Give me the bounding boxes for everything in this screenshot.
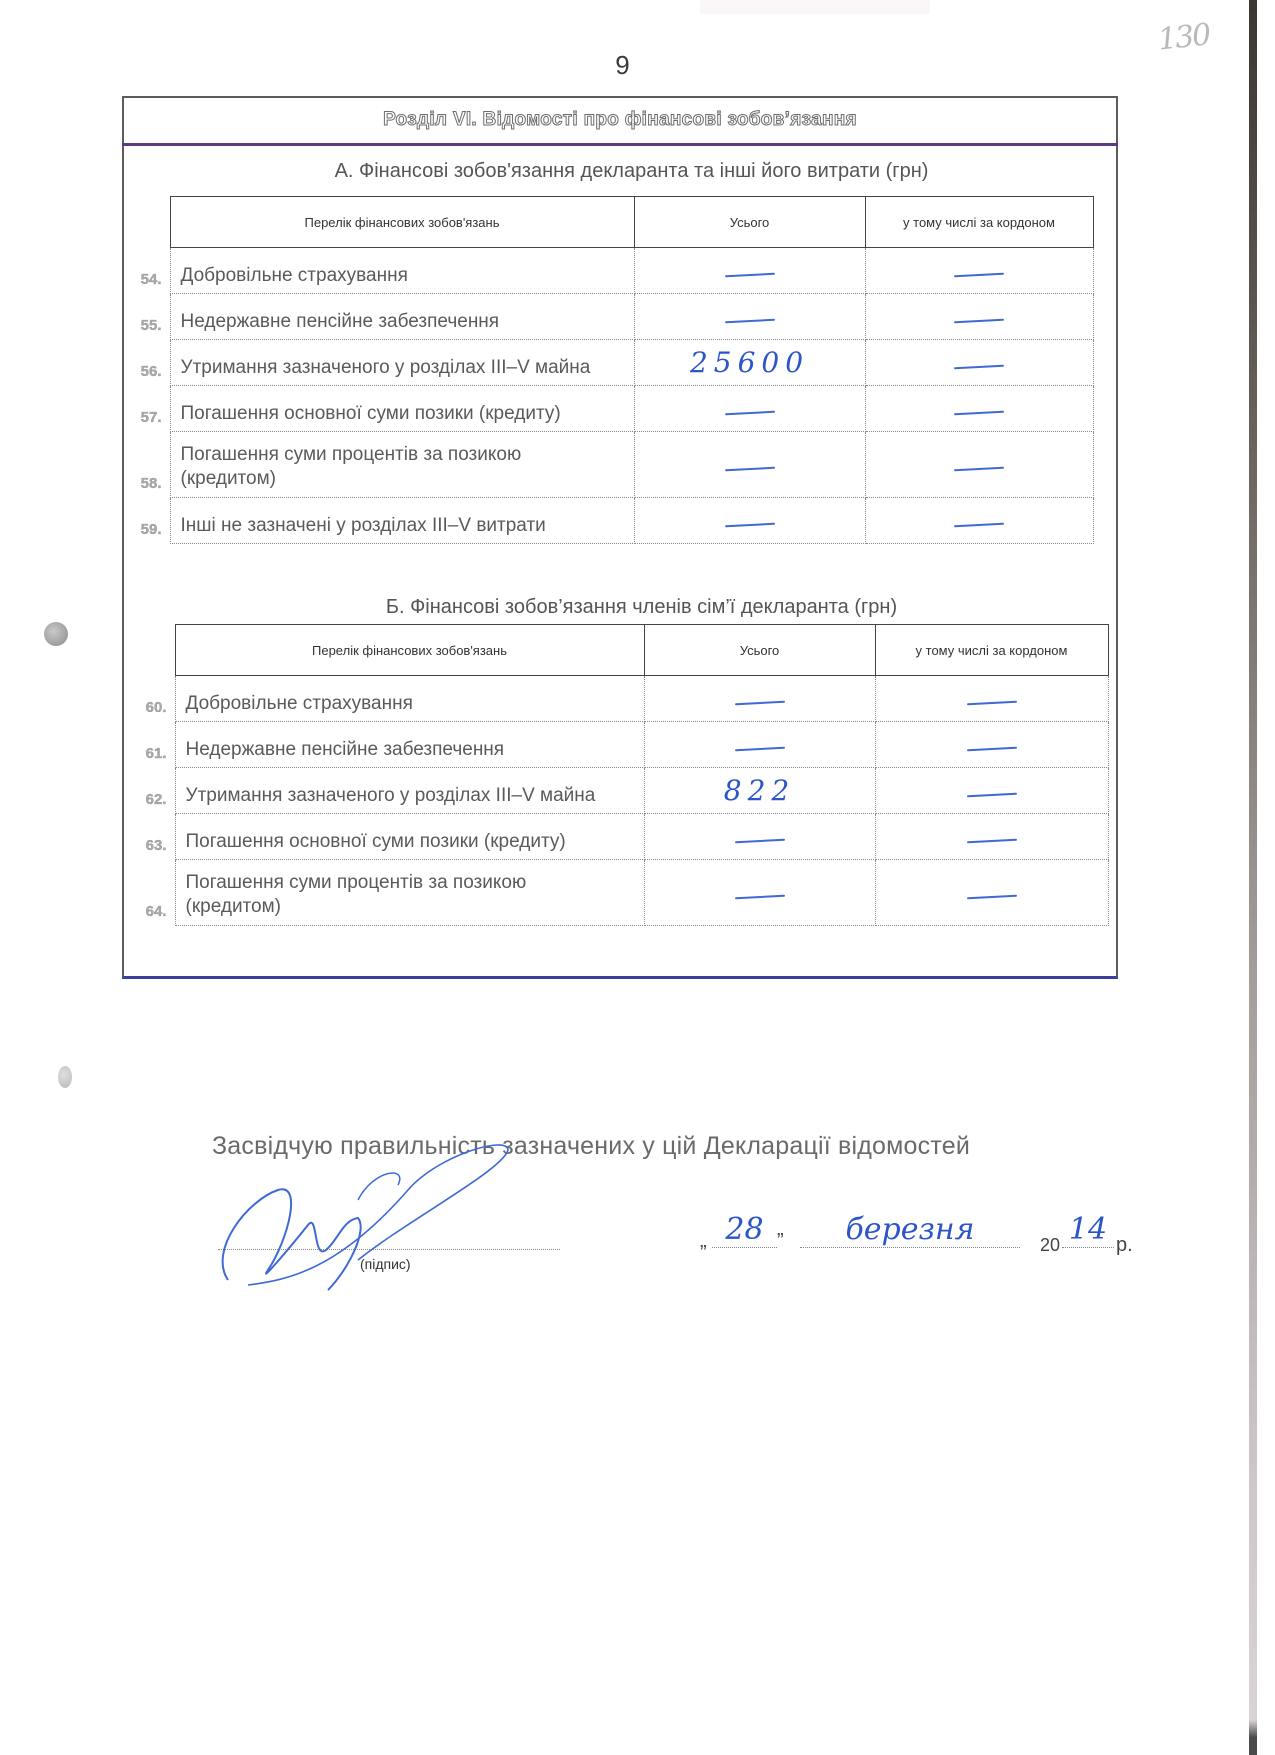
empty-dash-icon (734, 700, 784, 705)
date-month-field[interactable]: березня (800, 1212, 1020, 1248)
row-label: Погашення суми процентів за позикою (кре… (175, 860, 644, 926)
punch-hole-icon (58, 1066, 72, 1088)
row-label: Погашення суми процентів за позикою (кре… (170, 432, 634, 498)
row-number: 64. (127, 860, 175, 926)
table-row: 57.Погашення основної суми позики (креди… (122, 386, 1093, 432)
table-row: 64.Погашення суми процентів за позикою (… (127, 860, 1108, 926)
row-label: Утримання зазначеного у розділах III–V м… (170, 340, 634, 386)
row-number: 58. (122, 432, 170, 498)
table-a: Перелік фінансових зобов'язань Усього у … (122, 196, 1094, 544)
section-header: Розділ VI. Відомості про фінансові зобов… (122, 96, 1118, 146)
column-header-total: Усього (644, 625, 875, 676)
empty-dash-icon (724, 410, 774, 415)
row-abroad-cell[interactable] (865, 340, 1093, 386)
section-title: Розділ VI. Відомості про фінансові зобов… (383, 109, 857, 131)
archive-number: 130 (1156, 17, 1211, 57)
row-abroad-cell[interactable] (875, 768, 1108, 814)
row-label: Утримання зазначеного у розділах III–V м… (175, 768, 644, 814)
table-row: 54.Добровільне страхування (122, 248, 1093, 294)
row-total-cell[interactable] (634, 498, 865, 544)
column-header-abroad: у тому числі за кордоном (875, 625, 1108, 676)
date-year-field[interactable]: 14 (1062, 1212, 1114, 1248)
row-number: 60. (127, 676, 175, 722)
row-number: 55. (122, 294, 170, 340)
row-abroad-cell[interactable] (875, 860, 1108, 926)
row-label: Недержавне пенсійне забезпечення (170, 294, 634, 340)
table-b: Перелік фінансових зобов'язань Усього у … (127, 624, 1109, 926)
row-number: 62. (127, 768, 175, 814)
empty-dash-icon (966, 746, 1016, 751)
row-label: Добровільне страхування (175, 676, 644, 722)
bleed-through-mark (700, 0, 930, 14)
empty-dash-icon (724, 318, 774, 323)
empty-dash-icon (724, 272, 774, 277)
row-number: 59. (122, 498, 170, 544)
empty-dash-icon (966, 894, 1016, 899)
row-label: Погашення основної суми позики (кредиту) (170, 386, 634, 432)
row-total-cell[interactable] (644, 676, 875, 722)
row-abroad-cell[interactable] (865, 294, 1093, 340)
row-total-cell[interactable]: 822 (644, 768, 875, 814)
empty-dash-icon (734, 894, 784, 899)
row-total-cell[interactable] (644, 722, 875, 768)
row-abroad-cell[interactable] (865, 386, 1093, 432)
row-total-cell[interactable] (634, 294, 865, 340)
row-number: 63. (127, 814, 175, 860)
empty-dash-icon (954, 522, 1004, 527)
page-number: 9 (0, 50, 1245, 81)
row-number: 54. (122, 248, 170, 294)
scan-edge-shadow (1249, 0, 1257, 1755)
date-day-field[interactable]: 28 (712, 1212, 777, 1248)
column-header-abroad: у тому числі за кордоном (865, 197, 1093, 248)
row-total-cell[interactable] (634, 432, 865, 498)
row-total-cell[interactable]: 25600 (634, 340, 865, 386)
row-abroad-cell[interactable] (865, 432, 1093, 498)
table-row: 59.Інші не зазначені у розділах III–V ви… (122, 498, 1093, 544)
empty-dash-icon (966, 792, 1016, 797)
row-total-cell[interactable] (634, 248, 865, 294)
empty-dash-icon (734, 746, 784, 751)
row-abroad-cell[interactable] (865, 498, 1093, 544)
empty-dash-icon (954, 364, 1004, 369)
row-abroad-cell[interactable] (865, 248, 1093, 294)
row-number: 61. (127, 722, 175, 768)
punch-hole-icon (44, 622, 68, 646)
date-century: 20 (1040, 1235, 1060, 1256)
row-number: 56. (122, 340, 170, 386)
empty-dash-icon (966, 838, 1016, 843)
empty-dash-icon (734, 838, 784, 843)
row-number: 57. (122, 386, 170, 432)
column-header-list: Перелік фінансових зобов'язань (175, 625, 644, 676)
empty-dash-icon (954, 272, 1004, 277)
row-total-cell[interactable] (634, 386, 865, 432)
table-row: 60.Добровільне страхування (127, 676, 1108, 722)
row-abroad-cell[interactable] (875, 722, 1108, 768)
table-row: 63.Погашення основної суми позики (креди… (127, 814, 1108, 860)
table-row: 56.Утримання зазначеного у розділах III–… (122, 340, 1093, 386)
table-row: 61.Недержавне пенсійне забезпечення (127, 722, 1108, 768)
empty-dash-icon (954, 410, 1004, 415)
table-row: 55.Недержавне пенсійне забезпечення (122, 294, 1093, 340)
date-close-quote: ” (777, 1230, 784, 1253)
column-header-list: Перелік фінансових зобов'язань (170, 197, 634, 248)
table-b-title: Б. Фінансові зобов’язання членів сім’ї д… (175, 596, 1108, 619)
table-row: 58.Погашення суми процентів за позикою (… (122, 432, 1093, 498)
table-header-row: Перелік фінансових зобов'язань Усього у … (122, 197, 1093, 248)
table-header-row: Перелік фінансових зобов'язань Усього у … (127, 625, 1108, 676)
table-a-title: А. Фінансові зобов'язання декларанта та … (170, 160, 1093, 183)
row-label: Інші не зазначені у розділах III–V витра… (170, 498, 634, 544)
empty-dash-icon (966, 700, 1016, 705)
row-label: Погашення основної суми позики (кредиту) (175, 814, 644, 860)
empty-dash-icon (954, 318, 1004, 323)
handwritten-signature-icon (208, 1130, 538, 1300)
row-label: Недержавне пенсійне забезпечення (175, 722, 644, 768)
row-abroad-cell[interactable] (875, 814, 1108, 860)
date-open-quote: „ (700, 1230, 707, 1253)
table-row: 62.Утримання зазначеного у розділах III–… (127, 768, 1108, 814)
column-header-total: Усього (634, 197, 865, 248)
empty-dash-icon (954, 466, 1004, 471)
row-total-cell[interactable] (644, 860, 875, 926)
row-total-cell[interactable] (644, 814, 875, 860)
row-abroad-cell[interactable] (875, 676, 1108, 722)
empty-dash-icon (724, 466, 774, 471)
date-suffix: р. (1116, 1234, 1133, 1257)
empty-dash-icon (724, 522, 774, 527)
row-label: Добровільне страхування (170, 248, 634, 294)
